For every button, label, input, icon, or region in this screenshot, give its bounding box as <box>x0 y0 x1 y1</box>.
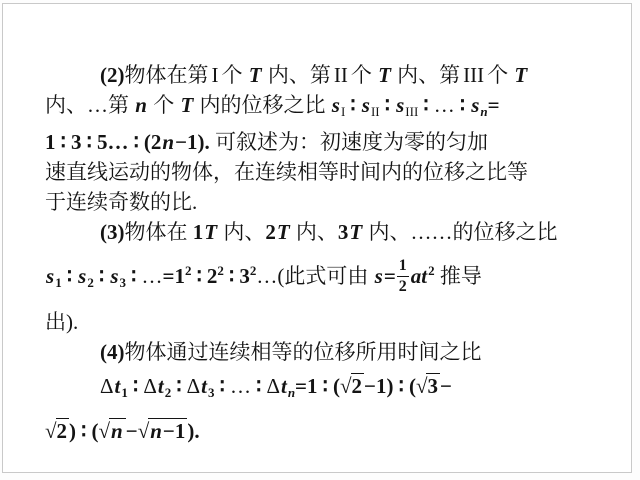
text-segment: 内、 <box>218 220 265 244</box>
text-segment: I <box>212 63 219 87</box>
text-line: 出). <box>45 307 605 337</box>
text-segment: T <box>179 93 194 117</box>
text-segment: III <box>405 104 418 119</box>
text-segment: −1 <box>163 419 185 443</box>
text-segment: 2 <box>217 263 224 278</box>
text-segment: = <box>162 264 174 288</box>
text-line: 内、…第 n 个 T 内的位移之比 sI∶sII∶sIII∶…∶sn= <box>45 90 605 127</box>
text-segment: 出). <box>45 310 78 334</box>
text-segment: 3 <box>338 220 349 244</box>
sqrt-radical: √2 <box>340 367 364 405</box>
sqrt-radical: √2 <box>45 412 69 450</box>
text-segment: n <box>149 419 163 443</box>
text-line: (3)物体在 1T 内、2T 内、3T 内、……的位移之比 <box>45 217 605 247</box>
text-segment: s <box>331 93 341 117</box>
text-segment: 1 <box>193 220 204 244</box>
text-segment: T <box>377 63 392 87</box>
text-line: Δt1∶Δt2∶Δt3∶…∶Δtn=1∶(√2−1)∶(√3− <box>45 367 605 412</box>
text-segment: 个 <box>222 63 248 87</box>
text-segment: III <box>463 63 484 87</box>
text-segment: n <box>161 130 175 154</box>
text-segment: t <box>157 374 165 398</box>
text-segment: 内的位移之比 <box>194 93 331 117</box>
sqrt-symbol: √ <box>340 374 352 398</box>
text-segment: 1 <box>45 130 56 154</box>
text-segment: ) <box>69 419 76 443</box>
text-segment: ( <box>333 374 340 398</box>
text-line: s1∶s2∶s3∶…=12∶22∶32…(此式可由 s=12at2 推导 <box>45 247 605 307</box>
text-segment: 于连续奇数的比. <box>45 190 197 214</box>
text-segment: 1 <box>55 275 62 290</box>
text-segment: ). <box>187 419 199 443</box>
text-segment: ∶ <box>86 130 91 154</box>
text-segment: − <box>440 374 452 398</box>
text-segment: 推导 <box>435 264 482 288</box>
text-segment: T <box>348 220 363 244</box>
text-segment: 2 <box>57 419 68 443</box>
text-segment: −1). <box>175 130 210 154</box>
text-segment: 2 <box>265 220 276 244</box>
text-segment: 个 <box>487 63 513 87</box>
slide-content: (2)物体在第I个 T 内、第II个 T 内、第III个 T内、…第 n 个 T… <box>45 60 605 450</box>
text-segment: n <box>480 104 487 119</box>
text-segment: ∶ <box>67 264 72 288</box>
text-segment: … <box>434 93 455 117</box>
text-segment: (2) <box>100 63 125 87</box>
text-segment: 2 <box>165 385 172 400</box>
sqrt-radicand: n <box>109 418 126 443</box>
text-segment: ∶ <box>323 374 328 398</box>
text-segment: 2 <box>207 264 218 288</box>
text-segment: II <box>371 104 380 119</box>
text-segment: 3 <box>427 374 438 398</box>
text-segment: t <box>200 374 208 398</box>
text-line: 速直线运动的物体，在连续相等时间内的位移之比等 <box>45 157 605 187</box>
text-segment: Δ <box>100 374 114 398</box>
text-segment: T <box>203 220 218 244</box>
text-segment: ∶ <box>398 374 403 398</box>
text-segment: ∶ <box>61 130 66 154</box>
text-segment: ∶ <box>133 374 138 398</box>
text-segment: 3 <box>71 130 82 154</box>
text-segment: 1 <box>174 264 185 288</box>
text-segment: 可叙述为：初速度为零的匀加 <box>210 130 488 154</box>
text-segment: s <box>77 264 87 288</box>
text-segment: Δ <box>266 374 280 398</box>
text-segment: ∶ <box>133 130 138 154</box>
text-segment: s <box>109 264 119 288</box>
text-segment: 物体在第 <box>125 63 209 87</box>
text-segment: 1 <box>121 385 128 400</box>
text-segment: 3 <box>120 275 127 290</box>
text-segment: ∶ <box>176 374 181 398</box>
text-segment: n <box>134 93 148 117</box>
text-segment: T <box>513 63 528 87</box>
text-segment: −1) <box>364 374 393 398</box>
text-segment: n <box>110 419 124 443</box>
text-segment: s <box>395 93 405 117</box>
fraction: 12 <box>397 257 409 295</box>
text-line: (2)物体在第I个 T 内、第II个 T 内、第III个 T <box>45 60 605 90</box>
text-segment: 物体在 <box>125 220 193 244</box>
text-segment: = <box>384 264 396 288</box>
text-segment: T <box>276 220 291 244</box>
text-segment: ∶ <box>99 264 104 288</box>
text-segment: …(此式可由 <box>256 264 373 288</box>
text-segment: n <box>288 385 295 400</box>
text-segment: s <box>374 264 384 288</box>
text-segment: ∶ <box>131 264 136 288</box>
text-segment: = <box>488 93 500 117</box>
text-segment: Δ <box>187 374 201 398</box>
text-segment: 2 <box>185 263 192 278</box>
text-segment: 2 <box>87 275 94 290</box>
text-segment: 速直线运动的物体，在连续相等时间内的位移之比等 <box>45 160 528 184</box>
text-segment: 内、第 <box>392 63 460 87</box>
text-segment: s <box>361 93 371 117</box>
text-segment: ∶ <box>460 93 465 117</box>
text-line: (4)物体通过连续相等的位移所用时间之比 <box>45 337 605 367</box>
text-segment: ∶ <box>196 264 201 288</box>
text-segment: 内、……的位移之比 <box>363 220 557 244</box>
text-line: 于连续奇数的比. <box>45 187 605 217</box>
sqrt-radical: √n <box>99 412 126 450</box>
text-segment: at <box>410 264 428 288</box>
text-segment: 物体通过连续相等的位移所用时间之比 <box>125 340 482 364</box>
text-segment: ∶ <box>229 264 234 288</box>
slide-page: (2)物体在第I个 T 内、第II个 T 内、第III个 T内、…第 n 个 T… <box>0 0 640 480</box>
text-segment: = <box>295 374 307 398</box>
text-segment: 3 <box>208 385 215 400</box>
text-segment: 内、…第 <box>45 93 134 117</box>
text-segment: ( <box>409 374 416 398</box>
text-segment: ( <box>92 419 99 443</box>
sqrt-radicand: 3 <box>426 373 440 398</box>
text-line: 1∶3∶5…∶(2n−1). 可叙述为：初速度为零的匀加 <box>45 127 605 157</box>
text-segment: II <box>334 63 348 87</box>
text-segment: … <box>107 130 128 154</box>
sqrt-symbol: √ <box>45 419 57 443</box>
sqrt-radicand: 2 <box>56 418 70 443</box>
text-segment: T <box>248 63 263 87</box>
text-segment: … <box>141 264 162 288</box>
sqrt-radicand: 2 <box>351 373 365 398</box>
text-segment: ∶ <box>256 374 261 398</box>
text-segment: I <box>341 104 345 119</box>
text-segment: … <box>230 374 251 398</box>
text-segment: s <box>470 93 480 117</box>
text-segment: ∶ <box>350 93 355 117</box>
text-segment: ∶ <box>81 419 86 443</box>
text-segment: 内、 <box>291 220 338 244</box>
sqrt-radical: √n−1 <box>138 412 188 450</box>
text-segment: (2 <box>144 130 162 154</box>
text-segment: 3 <box>239 264 250 288</box>
text-line: √2)∶(√n−√n−1). <box>45 412 605 450</box>
text-segment: − <box>126 419 138 443</box>
text-segment: 5 <box>97 130 108 154</box>
text-segment: Δ <box>143 374 157 398</box>
text-segment: ∶ <box>220 374 225 398</box>
text-segment: 个 <box>351 63 377 87</box>
sqrt-radicand: n−1 <box>148 418 187 443</box>
text-segment: 内、第 <box>263 63 331 87</box>
text-segment: (3) <box>100 220 125 244</box>
text-segment: s <box>45 264 55 288</box>
text-segment: ∶ <box>423 93 428 117</box>
text-segment: 个 <box>148 93 180 117</box>
text-segment: 2 <box>352 374 363 398</box>
text-segment: (4) <box>100 340 125 364</box>
sqrt-radical: √3 <box>416 367 440 405</box>
text-segment: 1 <box>307 374 318 398</box>
text-segment: t <box>280 374 288 398</box>
text-segment: ∶ <box>385 93 390 117</box>
